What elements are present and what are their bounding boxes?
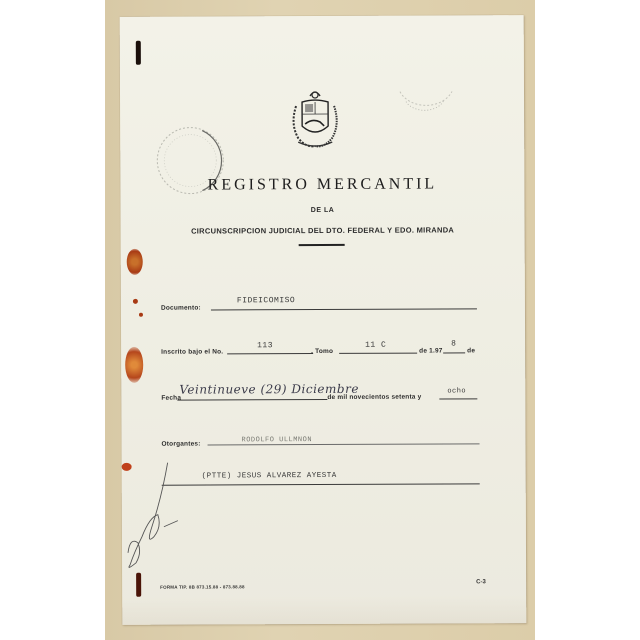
- coat-of-arms-icon: [286, 88, 344, 152]
- tomo-label: , Tomo: [311, 348, 333, 355]
- documento-label: Documento:: [161, 305, 201, 312]
- otorgantes-value-2: (PTTE) JESUS ALVAREZ AYESTA: [202, 472, 337, 481]
- fecha-line: [177, 399, 327, 401]
- anio-suffix: de: [467, 347, 475, 354]
- otorgantes-label: Otorgantes:: [162, 441, 201, 448]
- otorgantes-line-2: [162, 483, 480, 485]
- documento-line: [211, 308, 477, 310]
- tomo-line: [339, 353, 417, 354]
- fecha-year-word: ocho: [447, 387, 466, 395]
- signature: [122, 457, 183, 577]
- rust-spot: [139, 313, 143, 317]
- page-code: C-3: [476, 579, 486, 585]
- form-code: FORMA TIP. 8B 873.15.88 - 873.88.88: [160, 584, 245, 589]
- document-title: REGISTRO MERCANTIL: [120, 175, 524, 195]
- rust-stain: [125, 347, 143, 383]
- documento-value: FIDEICOMISO: [237, 296, 295, 305]
- otorgantes-value: RODOLFO ULLMNON: [242, 436, 313, 444]
- inscrito-label: Inscrito bajo el No.: [161, 348, 223, 355]
- document-page: REGISTRO MERCANTIL DE LA CIRCUNSCRIPCION…: [120, 15, 527, 625]
- tomo-value: 11 C: [365, 341, 386, 350]
- fecha-middle-text: de mil novecientos setenta y: [327, 394, 421, 401]
- jurisdiction-text: CIRCUNSCRIPCION JUDICIAL DEL DTO. FEDERA…: [121, 225, 525, 236]
- fecha-year-line: [439, 398, 477, 399]
- anio-value: 8: [451, 339, 456, 348]
- title-divider: [299, 244, 345, 246]
- anio-line: [443, 352, 465, 353]
- stamp-faint-icon: [392, 71, 462, 121]
- binding-mark: [136, 573, 141, 597]
- binding-mark: [136, 41, 141, 65]
- rust-stain: [127, 249, 143, 275]
- rust-spot: [133, 299, 138, 304]
- inscrito-value: 113: [257, 341, 273, 350]
- rust-spot: [122, 463, 132, 471]
- inscrito-line: [227, 353, 313, 354]
- document-subtitle: DE LA: [121, 206, 525, 215]
- anio-label: de 1.97: [419, 347, 442, 354]
- paper-shadow: [122, 595, 526, 625]
- fecha-label: Fecha: [161, 395, 181, 402]
